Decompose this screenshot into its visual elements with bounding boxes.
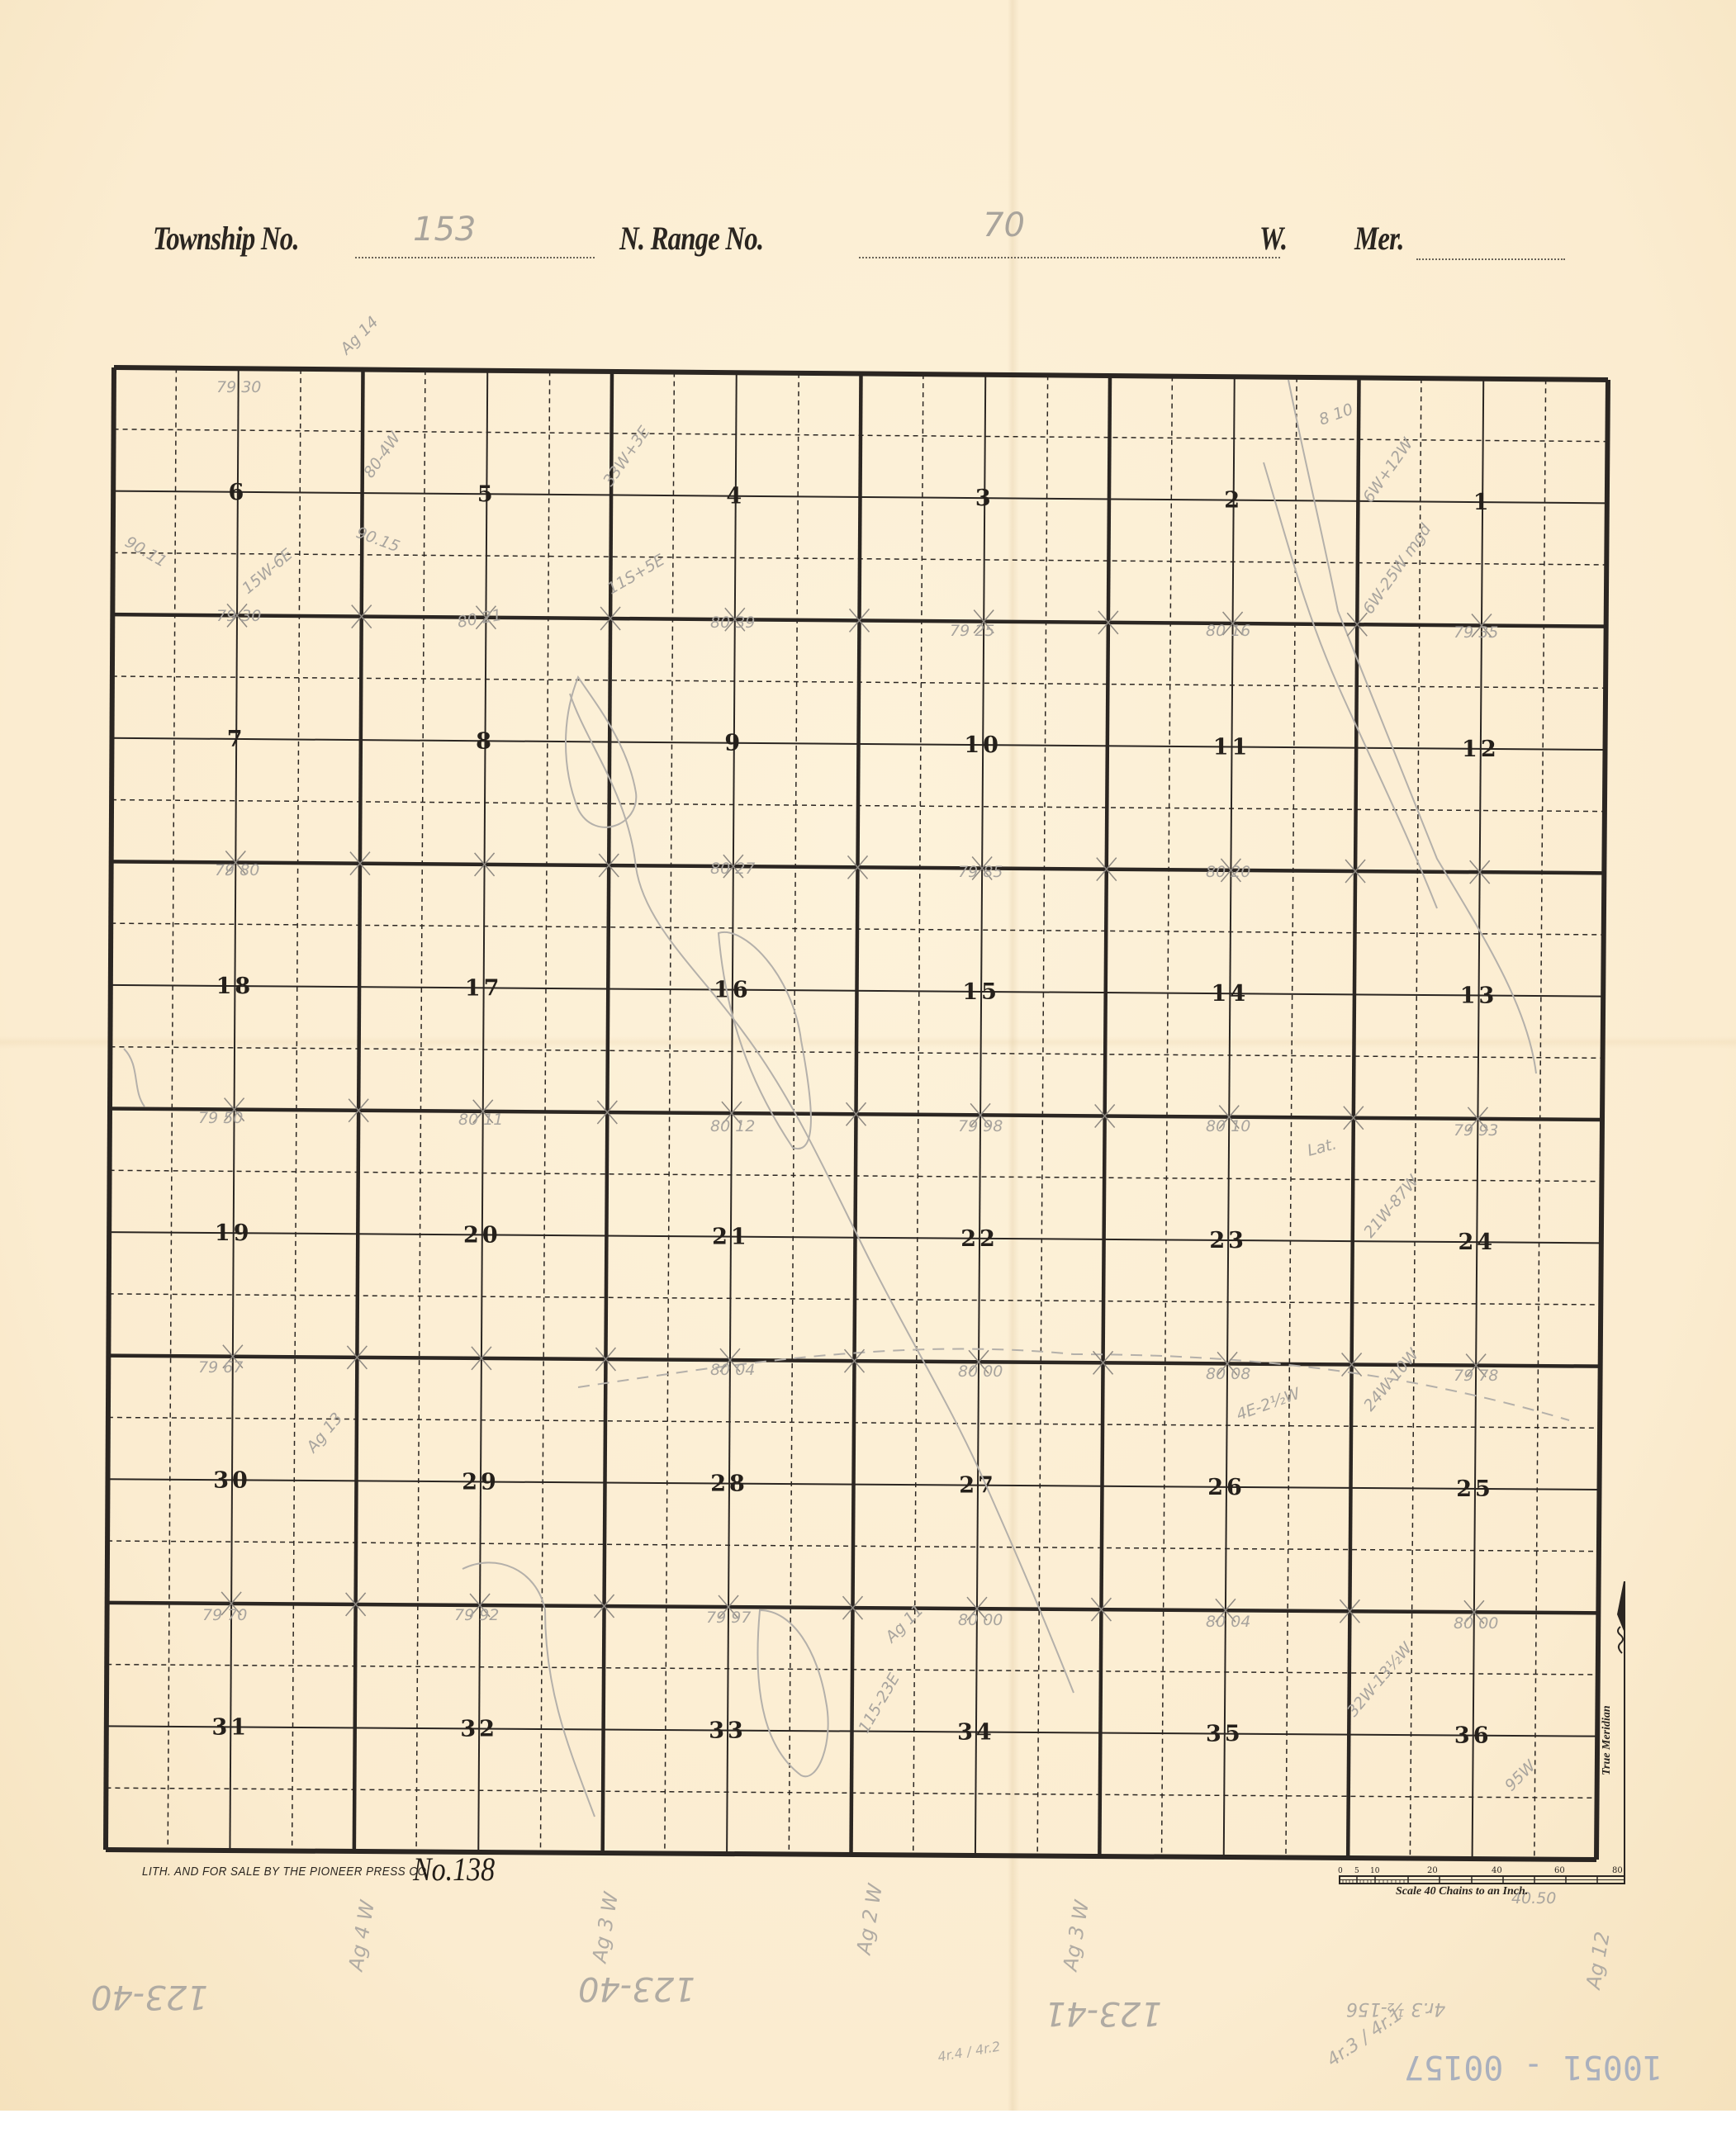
margin-note: 123-40	[91, 1978, 208, 2016]
slough-outline	[757, 1610, 828, 1776]
section-number: 32	[460, 1716, 498, 1742]
section-number: 19	[215, 1220, 253, 1246]
section-number: 12	[1462, 737, 1500, 762]
river-bank-path	[1264, 462, 1437, 908]
section-number: 3	[975, 486, 994, 511]
pencil-note: 8 10	[1316, 400, 1355, 429]
pencil-note: 80 00	[958, 1611, 1003, 1629]
pencil-note: 79 67	[198, 1358, 243, 1377]
scale-tick-60: 60	[1554, 1866, 1565, 1875]
section-number: 6	[228, 480, 247, 505]
section-number: 7	[227, 727, 246, 752]
pencil-note: 79 97	[706, 1609, 751, 1627]
pencil-note: 80 08	[1206, 1365, 1250, 1383]
section-number: 35	[1206, 1722, 1244, 1747]
section-number: 4	[726, 484, 745, 509]
pencil-note: 90.11	[122, 533, 170, 571]
pencil-note: 80 20	[1206, 863, 1250, 881]
pencil-note: 6W+12W	[1359, 434, 1417, 506]
section-number: 21	[712, 1225, 750, 1250]
section-number: 8	[476, 728, 495, 754]
section-number: 29	[462, 1469, 500, 1495]
pencil-note: 6W-25W mgd	[1359, 520, 1435, 618]
section-number: 2	[1224, 488, 1243, 514]
pencil-note: 79 93	[1454, 1121, 1498, 1140]
section-number: 17	[465, 975, 503, 1001]
scale-tick-20: 20	[1427, 1866, 1438, 1875]
pencil-note: 79 30	[216, 607, 261, 625]
pencil-note: 11S+5E	[605, 551, 668, 598]
section-number: 34	[957, 1720, 995, 1746]
scale-bar: 0 5 10 20 40 60 80	[1338, 1866, 1625, 1884]
pencil-note: 79 78	[1454, 1367, 1498, 1385]
margin-note: 4r.3 ½-156	[1346, 1998, 1445, 2019]
pencil-note: Ag 13	[302, 1410, 347, 1457]
creek-path	[570, 694, 1074, 1693]
pencil-note: 79 70	[202, 1606, 247, 1624]
pencil-note: 80 00	[1454, 1614, 1498, 1633]
pencil-note: 79 35	[1454, 623, 1498, 642]
scale-tick-0: 0	[1338, 1867, 1343, 1875]
pencil-mark	[124, 1049, 145, 1107]
section-number: 28	[710, 1471, 748, 1497]
pencil-note: Lat.	[1306, 1135, 1339, 1159]
section-number: 1	[1473, 490, 1492, 515]
section-number: 9	[724, 731, 743, 756]
section-number: 33	[709, 1718, 747, 1744]
pencil-note: 80 39	[710, 614, 755, 632]
section-number: 14	[1212, 981, 1250, 1007]
pencil-note: 80 12	[710, 1117, 755, 1135]
section-number: 36	[1454, 1723, 1492, 1749]
margin-note: 123-41	[1045, 1994, 1162, 2032]
pencil-note: 79 30	[216, 378, 261, 396]
pencil-note: 79 50	[198, 1109, 243, 1127]
plate-number: No.138	[413, 1850, 495, 1888]
pencil-note: 4E-2½W	[1234, 1384, 1303, 1424]
section-number: 25	[1456, 1476, 1494, 1502]
section-number: 31	[211, 1714, 249, 1740]
true-meridian-label: True Meridian	[1601, 1705, 1614, 1775]
pencil-note: 79 92	[454, 1606, 499, 1624]
pencil-note: 79 25	[950, 622, 994, 640]
river-path	[1288, 380, 1536, 1073]
section-number: 23	[1209, 1228, 1247, 1253]
pencil-note: 80 27	[710, 860, 755, 878]
section-number: 13	[1460, 983, 1498, 1009]
pencil-note: 79 98	[958, 1117, 1003, 1135]
scale-tick-80: 80	[1612, 1866, 1623, 1875]
township-grid: 6543217891011121817161514131920212223243…	[0, 0, 1736, 2142]
section-number: 30	[213, 1467, 251, 1493]
pencil-note: 80-4W	[360, 429, 405, 481]
stream-path	[462, 1562, 595, 1817]
section-number: 20	[463, 1222, 501, 1248]
pencil-note: 115-23E	[855, 1670, 904, 1737]
section-number: 24	[1458, 1230, 1496, 1255]
pencil-note: Ag 14	[336, 313, 382, 359]
true-meridian-arrow	[1617, 1581, 1625, 1884]
pencil-note: 80 00	[958, 1362, 1003, 1381]
section-number: 22	[960, 1226, 998, 1252]
scale-caption: Scale 40 Chains to an Inch.	[1396, 1885, 1528, 1898]
pencil-note: 79 80	[215, 861, 259, 879]
section-number: 10	[964, 732, 1002, 758]
pencil-note: 79 85	[958, 863, 1003, 881]
section-number: 16	[714, 978, 752, 1003]
section-number: 5	[477, 481, 496, 507]
pencil-note: 80 21	[456, 606, 503, 632]
section-number: 18	[216, 974, 254, 999]
pond-outline	[566, 677, 636, 827]
section-number: 11	[1213, 734, 1251, 760]
pencil-note: 80 04	[710, 1361, 755, 1379]
section-number: 15	[962, 979, 1000, 1005]
pencil-note: 32W-13½W	[1344, 1638, 1416, 1720]
scale-tick-40: 40	[1492, 1866, 1502, 1875]
scale-tick-5: 5	[1354, 1867, 1359, 1875]
pencil-note: 15W-6E	[239, 545, 296, 597]
pencil-note: 80 04	[1206, 1613, 1250, 1631]
pencil-note: 80 10	[1206, 1117, 1250, 1135]
pencil-note: 80 16	[1206, 622, 1250, 640]
scale-tick-10: 10	[1370, 1867, 1380, 1875]
section-number: 26	[1207, 1475, 1245, 1500]
pencil-note: 80 11	[458, 1111, 503, 1129]
printer-credit: LITH. AND FOR SALE BY THE PIONEER PRESS …	[142, 1865, 430, 1879]
pencil-note: 21W-87W	[1360, 1171, 1423, 1241]
margin-note: 123-40	[578, 1969, 695, 2007]
archive-stamp: 10051 - 00157	[1404, 2048, 1662, 2086]
